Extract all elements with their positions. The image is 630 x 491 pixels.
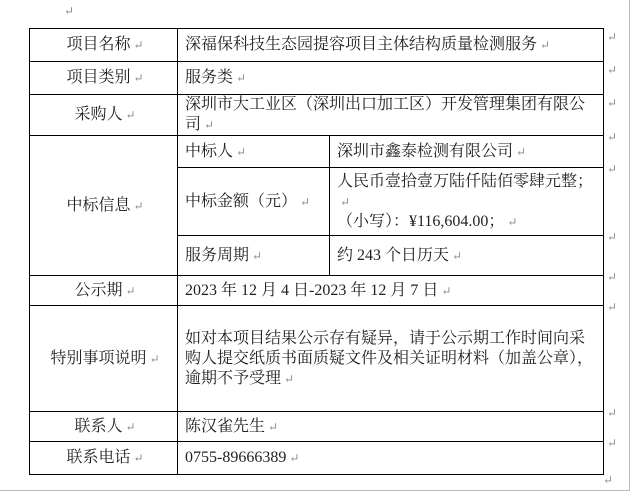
row-contact-person: 联系人↵ 陈汉雀先生↵ <box>30 412 604 442</box>
paragraph-mark-icon: ↵ <box>607 63 617 78</box>
paragraph-mark-icon: ↵ <box>125 105 135 125</box>
paragraph-mark-icon: ↵ <box>125 281 135 301</box>
purchaser-value: 深圳市大工业区（深圳出口加工区）开发管理集团有限公司 <box>185 96 585 133</box>
paragraph-mark-icon: ↵ <box>607 230 617 245</box>
row-special-notes: 特别事项说明↵ 如对本项目结果公示存有疑异，请于公示期工作时间向采购人提交纸质书… <box>30 306 604 412</box>
publicity-period-value-cell: 2023 年 12 月 4 日-2023 年 12 月 7 日↵ <box>178 276 604 306</box>
paragraph-mark-icon: ↵ <box>607 300 617 315</box>
paragraph-mark-icon: ↵ <box>284 369 294 389</box>
service-period-value: 约 243 个日历天 <box>337 247 449 264</box>
paragraph-mark-icon: ↵ <box>236 68 246 88</box>
publicity-period-label: 公示期 <box>74 282 122 299</box>
winner-label-cell: 中标人↵ <box>178 136 330 168</box>
contact-phone-label: 联系电话 <box>66 449 130 466</box>
paragraph-mark-icon: ↵ <box>300 192 310 212</box>
project-category-value: 服务类 <box>185 69 233 86</box>
paragraph-mark-icon: ↵ <box>607 130 617 145</box>
special-notes-label-cell: 特别事项说明↵ <box>30 306 178 412</box>
paragraph-mark-icon: ↵ <box>607 96 617 111</box>
contact-person-label: 联系人 <box>74 418 122 435</box>
amount-value-line1: 人民币壹拾壹万陆仟陆佰零肆元整；↵ <box>337 172 599 212</box>
project-category-label: 项目类别 <box>66 69 130 86</box>
purchaser-label: 采购人 <box>74 106 122 123</box>
paragraph-mark-icon: ↵ <box>340 192 350 212</box>
paragraph-mark-icon: ↵ <box>289 448 299 468</box>
paragraph-mark-icon: ↵ <box>540 35 550 55</box>
amount-value-cell: 人民币壹拾壹万陆仟陆佰零肆元整；↵ （小写）：¥116,604.00；↵ <box>330 168 604 236</box>
paragraph-mark-icon: ↵ <box>133 35 143 55</box>
publicity-period-label-cell: 公示期↵ <box>30 276 178 306</box>
row-publicity-period: 公示期↵ 2023 年 12 月 4 日-2023 年 12 月 7 日↵ <box>30 276 604 306</box>
contact-person-value-cell: 陈汉雀先生↵ <box>178 412 604 442</box>
paragraph-mark-icon: ↵ <box>452 246 462 266</box>
paragraph-mark-icon: ↵ <box>252 246 262 266</box>
service-period-value-cell: 约 243 个日历天↵ <box>330 236 604 276</box>
paragraph-mark-icon: ↵ <box>603 473 613 488</box>
paragraph-mark-icon: ↵ <box>236 142 246 162</box>
paragraph-mark-icon: ↵ <box>133 448 143 468</box>
project-category-label-cell: 项目类别↵ <box>30 62 178 95</box>
project-name-label: 项目名称 <box>66 36 130 53</box>
contact-person-value: 陈汉雀先生 <box>185 418 265 435</box>
special-notes-value-cell: 如对本项目结果公示存有疑异，请于公示期工作时间向采购人提交纸质书面质疑文件及相关… <box>178 306 604 412</box>
contact-phone-value-cell: 0755-89666389↵ <box>178 442 604 475</box>
paragraph-mark-icon: ↵ <box>125 417 135 437</box>
paragraph-mark-icon: ↵ <box>607 270 617 285</box>
service-period-label-cell: 服务周期↵ <box>178 236 330 276</box>
award-info-label-cell: 中标信息↵ <box>30 136 178 276</box>
paragraph-mark-icon: ↵ <box>607 406 617 421</box>
paragraph-mark-icon: ↵ <box>607 436 617 451</box>
purchaser-value-cell: 深圳市大工业区（深圳出口加工区）开发管理集团有限公司↵ <box>178 95 604 136</box>
paragraph-mark-icon: ↵ <box>149 349 159 369</box>
contact-phone-value: 0755-89666389 <box>185 449 286 466</box>
winner-label: 中标人 <box>185 143 233 160</box>
paragraph-mark-icon: ↵ <box>268 417 278 437</box>
paragraph-mark-icon: ↵ <box>507 212 517 232</box>
special-notes-value: 如对本项目结果公示存有疑异，请于公示期工作时间向采购人提交纸质书面质疑文件及相关… <box>185 330 593 387</box>
publicity-period-value: 2023 年 12 月 4 日-2023 年 12 月 7 日 <box>185 282 438 299</box>
award-info-label: 中标信息 <box>66 197 130 214</box>
amount-label-cell: 中标金额（元）↵ <box>178 168 330 236</box>
row-award-winner: 中标信息↵ 中标人↵ 深圳市鑫泰检测有限公司↵ <box>30 136 604 168</box>
service-period-label: 服务周期 <box>185 247 249 264</box>
paragraph-mark-icon: ↵ <box>607 162 617 177</box>
project-name-label-cell: 项目名称↵ <box>30 29 178 62</box>
amount-value-line2: （小写）：¥116,604.00；↵ <box>337 212 599 232</box>
paragraph-mark-icon: ↵ <box>607 30 617 45</box>
row-project-name: 项目名称↵ 深福保科技生态园提容项目主体结构质量检测服务↵ <box>30 29 604 62</box>
row-project-category: 项目类别↵ 服务类↵ <box>30 62 604 95</box>
winner-value-cell: 深圳市鑫泰检测有限公司↵ <box>330 136 604 168</box>
winner-value: 深圳市鑫泰检测有限公司 <box>337 143 513 160</box>
contact-person-label-cell: 联系人↵ <box>30 412 178 442</box>
paragraph-mark-icon: ↵ <box>441 281 451 301</box>
paragraph-mark-icon: ↵ <box>64 4 74 19</box>
row-purchaser: 采购人↵ 深圳市大工业区（深圳出口加工区）开发管理集团有限公司↵ <box>30 95 604 136</box>
award-notice-table: 项目名称↵ 深福保科技生态园提容项目主体结构质量检测服务↵ 项目类别↵ 服务类↵… <box>29 28 604 475</box>
purchaser-label-cell: 采购人↵ <box>30 95 178 136</box>
project-name-value: 深福保科技生态园提容项目主体结构质量检测服务 <box>185 36 537 53</box>
paragraph-mark-icon: ↵ <box>133 68 143 88</box>
amount-label: 中标金额（元） <box>185 193 297 210</box>
paragraph-mark-icon: ↵ <box>516 142 526 162</box>
project-name-value-cell: 深福保科技生态园提容项目主体结构质量检测服务↵ <box>178 29 604 62</box>
row-contact-phone: 联系电话↵ 0755-89666389↵ <box>30 442 604 475</box>
document-page: ↵ 项目名称↵ 深福保科技生态园提容项目主体结构质量检测服务↵ 项目类别↵ 服务… <box>0 0 630 491</box>
paragraph-mark-icon: ↵ <box>133 196 143 216</box>
special-notes-label: 特别事项说明 <box>50 350 146 367</box>
paragraph-mark-icon: ↵ <box>204 115 214 135</box>
contact-phone-label-cell: 联系电话↵ <box>30 442 178 475</box>
project-category-value-cell: 服务类↵ <box>178 62 604 95</box>
